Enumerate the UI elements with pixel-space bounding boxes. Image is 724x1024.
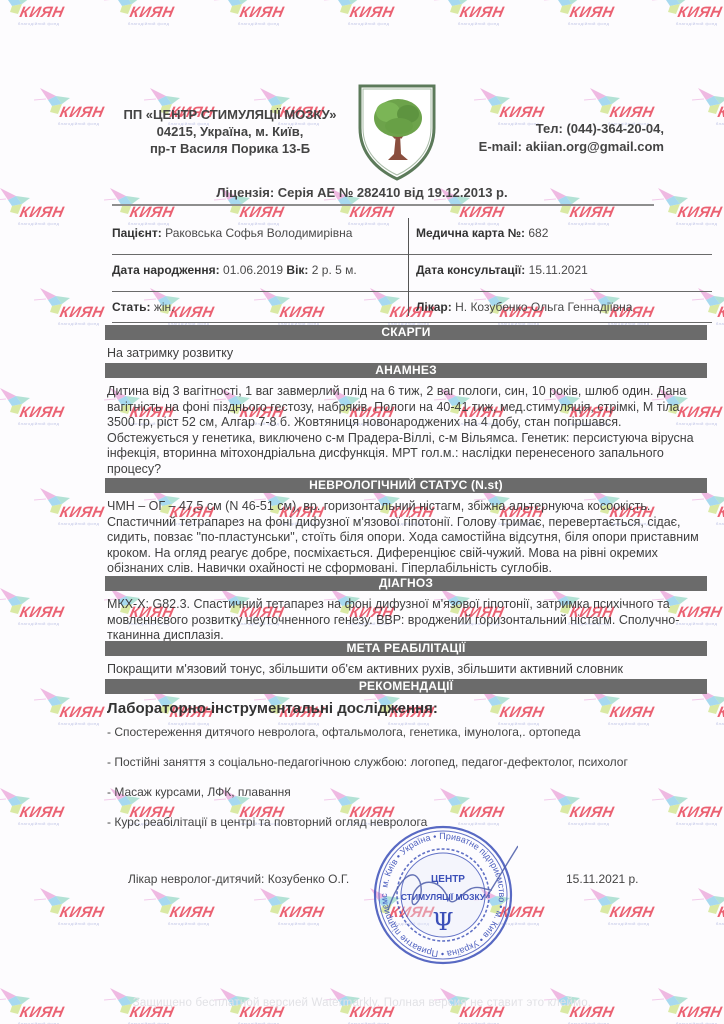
sex-value: жін.	[154, 300, 175, 314]
section-complaints: СКАРГИ На затримку розвитку	[105, 325, 707, 362]
license-line: Ліцензія: Серія АЕ № 282410 від 19.12.20…	[0, 185, 724, 200]
section-text: Покращити м'язовий тонус, збільшити об'є…	[105, 656, 707, 678]
section-diagnosis: ДІАГНОЗ МКХ-Х: G82.3. Спастичний тетапар…	[105, 576, 707, 644]
patient-field: Пацієнт: Раковська Софья Володимирівна	[112, 226, 352, 240]
dob-value: 01.06.2019	[223, 263, 283, 277]
section-title: НЕВРОЛОГІЧНИЙ СТАТУС (N.st)	[105, 478, 707, 493]
doctor-name: Н. Козубенко Ольга Геннадіївна	[455, 300, 632, 314]
section-title: СКАРГИ	[105, 325, 707, 340]
doctor-signature-line: Лікар невролог-дитячий: Козубенко О.Г.	[128, 872, 349, 886]
age-value: 2 р. 5 м.	[312, 263, 357, 277]
official-stamp-icon: м. Київ • Україна • Приватне підприємств…	[368, 820, 518, 970]
contact-block: Тел: (044)-364-20-04, E-mail: akiian.org…	[468, 120, 664, 156]
medical-card-number: 682	[528, 226, 548, 240]
section-text: На затримку розвитку	[105, 340, 707, 362]
dob-field: Дата народження: 01.06.2019 Вік: 2 р. 5 …	[112, 263, 357, 277]
section-text: Дитина від 3 вагітності, 1 ваг завмерлий…	[105, 378, 707, 478]
consultation-date: 15.11.2021	[529, 263, 588, 277]
section-title: РЕКОМЕНДАЦІЇ	[105, 679, 707, 694]
medical-card-field: Медична карта №: 682	[416, 226, 548, 240]
patient-info-table: Пацієнт: Раковська Софья Володимирівна М…	[112, 218, 712, 323]
patient-name: Раковська Софья Володимирівна	[165, 226, 352, 240]
tree-shield-icon	[356, 82, 438, 182]
doctor-field: Лікар: Н. Козубенко Ольга Геннадіївна	[416, 300, 632, 314]
section-title: ДІАГНОЗ	[105, 576, 707, 591]
org-name-text: ЦЕНТР СТИМУЛЯЦІЇ МОЗКУ	[153, 107, 329, 122]
address-line-1: 04215, Україна, м. Київ,	[110, 123, 350, 140]
section-anamnesis: АНАМНЕЗ Дитина від 3 вагітності, 1 ваг з…	[105, 363, 707, 478]
sex-field: Стать: жін.	[112, 300, 174, 314]
signature-date: 15.11.2021 р.	[566, 872, 639, 886]
section-text: ЧМН – ОГ – 47,5 см (N 46-51 см), вр. гор…	[105, 493, 707, 577]
recommendations-list: - Спостереження дитячого невролога, офта…	[107, 725, 707, 829]
email: E-mail: akiian.org@gmail.com	[468, 138, 664, 156]
recommendation-item: - Спостереження дитячого невролога, офта…	[107, 725, 707, 739]
watermark-footer-notice: Защищено бесплатной версией Watermarkly.…	[0, 997, 724, 1009]
medical-report-page: ПП «ЦЕНТР СТИМУЛЯЦІЇ МОЗКУ» 04215, Украї…	[0, 0, 724, 1024]
svg-text:Ψ: Ψ	[432, 908, 453, 936]
recommendation-item: - Масаж курсами, ЛФК, плавання	[107, 785, 707, 799]
info-row-patient: Пацієнт: Раковська Софья Володимирівна М…	[112, 218, 712, 255]
recommendations-subtitle: Лабораторно-інструментальні дослідження:	[107, 700, 707, 717]
org-name-prefix: ПП «	[123, 107, 153, 122]
organization-block: ПП «ЦЕНТР СТИМУЛЯЦІЇ МОЗКУ» 04215, Украї…	[110, 106, 350, 157]
section-neurological-status: НЕВРОЛОГІЧНИЙ СТАТУС (N.st) ЧМН – ОГ – 4…	[105, 478, 707, 577]
info-table-divider	[408, 218, 409, 316]
section-title: АНАМНЕЗ	[105, 363, 707, 378]
section-rehab-goal: МЕТА РЕАБІЛІТАЦІЇ Покращити м'язовий тон…	[105, 641, 707, 678]
consultation-date-field: Дата консультації: 15.11.2021	[416, 263, 588, 277]
info-row-sex-doctor: Стать: жін. Лікар: Н. Козубенко Ольга Ге…	[112, 292, 712, 323]
section-title: МЕТА РЕАБІЛІТАЦІЇ	[105, 641, 707, 656]
phone: Тел: (044)-364-20-04,	[468, 120, 664, 138]
recommendation-item: - Постійні заняття з соціально-педагогіч…	[107, 755, 707, 769]
section-text: МКХ-Х: G82.3. Спастичний тетапарез на фо…	[105, 591, 707, 644]
header-divider	[112, 204, 654, 206]
info-row-dates: Дата народження: 01.06.2019 Вік: 2 р. 5 …	[112, 255, 712, 292]
organization-name: ПП «ЦЕНТР СТИМУЛЯЦІЇ МОЗКУ»	[110, 106, 350, 123]
address-line-2: пр-т Василя Порика 13-Б	[110, 140, 350, 157]
org-name-suffix: »	[329, 107, 336, 122]
